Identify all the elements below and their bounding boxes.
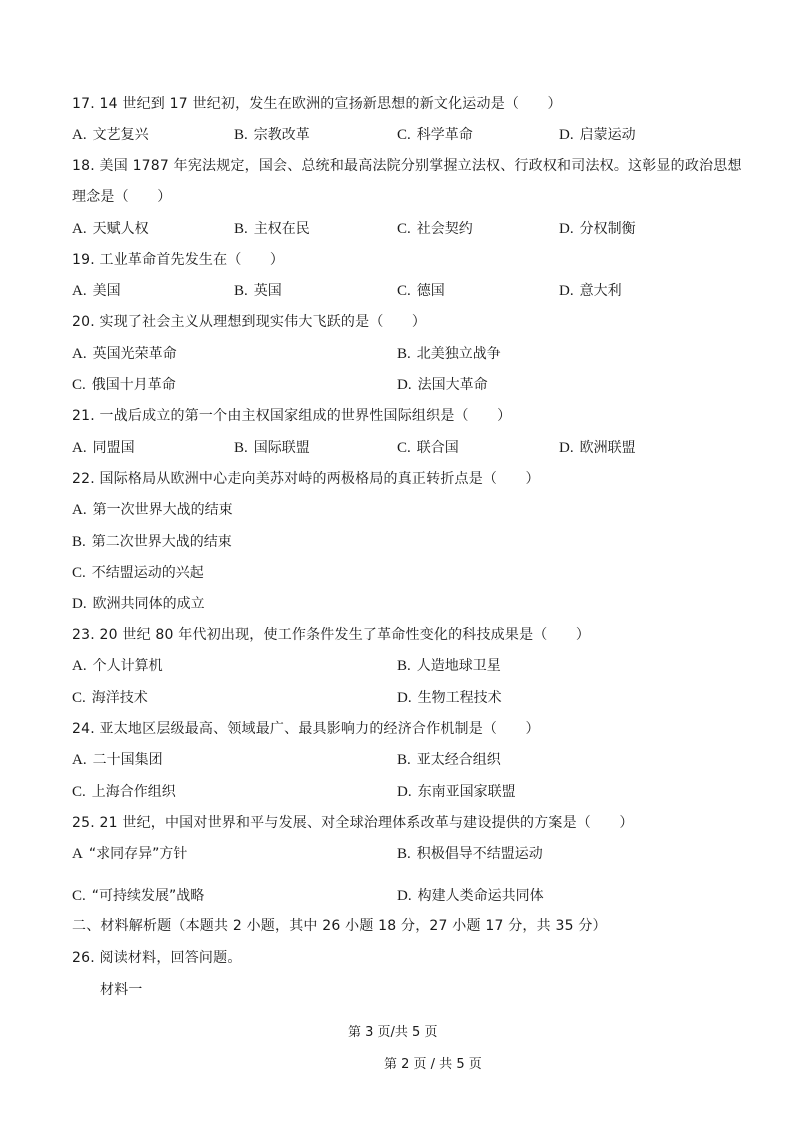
q23-option-b: B.人造地球卫星 — [397, 656, 501, 676]
q20-option-d: D.法国大革命 — [397, 375, 488, 395]
page-number-inner: 第 3 页/共 5 页 — [348, 1024, 437, 1042]
q19-option-d: D.意大利 — [559, 281, 622, 301]
q25-option-b: B.积极倡导不结盟运动 — [397, 844, 543, 864]
question-22-stem: 22. 国际格局从欧洲中心走向美苏对峙的两极格局的真正转折点是（ ） — [72, 469, 540, 489]
section-two-heading: 二、材料解析题（本题共 2 小题，其中 26 小题 18 分，27 小题 17 … — [72, 916, 607, 936]
q23-option-c: C.海洋技术 — [72, 688, 148, 708]
q19-option-a: A.美国 — [72, 281, 121, 301]
q23-option-a: A.个人计算机 — [72, 656, 163, 676]
q17-option-d: D.启蒙运动 — [559, 125, 636, 145]
q19-option-b: B.英国 — [234, 281, 282, 301]
q25-option-d: D.构建人类命运共同体 — [397, 886, 544, 906]
q21-option-a: A.同盟国 — [72, 438, 135, 458]
question-18-stem-continued: 理念是（ ） — [72, 187, 171, 207]
question-24-stem: 24. 亚太地区层级最高、领域最广、最具影响力的经济合作机制是（ ） — [72, 719, 540, 739]
q25-option-c: C.“可持续发展”战略 — [72, 886, 204, 906]
q18-option-c: C.社会契约 — [397, 219, 473, 239]
question-25-stem: 25. 21 世纪，中国对世界和平与发展、对全球治理体系改革与建设提供的方案是（… — [72, 813, 634, 833]
q23-option-d: D.生物工程技术 — [397, 688, 502, 708]
q22-option-a: A.第一次世界大战的结束 — [72, 500, 233, 520]
q18-option-a: A.天赋人权 — [72, 219, 149, 239]
question-23-stem: 23. 20 世纪 80 年代初出现，使工作条件发生了革命性变化的科技成果是（ … — [72, 625, 590, 645]
q24-option-b: B.亚太经合组织 — [397, 750, 501, 770]
q24-option-d: D.东南亚国家联盟 — [397, 782, 516, 802]
q20-option-a: A.英国光荣革命 — [72, 344, 177, 364]
question-19-stem: 19. 工业革命首先发生在（ ） — [72, 250, 284, 270]
q22-option-b: B.第二次世界大战的结束 — [72, 532, 232, 552]
q17-option-a: A.文艺复兴 — [72, 125, 149, 145]
q22-option-d: D.欧洲共同体的成立 — [72, 594, 205, 614]
q25-option-a: A“求同存异”方针 — [72, 844, 187, 864]
q24-option-c: C.上海合作组织 — [72, 782, 176, 802]
question-21-stem: 21. 一战后成立的第一个由主权国家组成的世界性国际组织是（ ） — [72, 406, 511, 426]
question-20-stem: 20. 实现了社会主义从理想到现实伟大飞跃的是（ ） — [72, 312, 426, 332]
q18-option-b: B.主权在民 — [234, 219, 310, 239]
q17-option-c: C.科学革命 — [397, 125, 473, 145]
q19-option-c: C.德国 — [397, 281, 445, 301]
q21-option-d: D.欧洲联盟 — [559, 438, 636, 458]
q17-option-b: B.宗教改革 — [234, 125, 310, 145]
q22-option-c: C.不结盟运动的兴起 — [72, 563, 204, 583]
material-one-label: 材料一 — [100, 980, 143, 1000]
q20-option-b: B.北美独立战争 — [397, 344, 501, 364]
q21-option-c: C.联合国 — [397, 438, 459, 458]
q21-option-b: B.国际联盟 — [234, 438, 310, 458]
q20-option-c: C.俄国十月革命 — [72, 375, 176, 395]
question-17-stem: 17. 14 世纪到 17 世纪初，发生在欧洲的宣扬新思想的新文化运动是（ ） — [72, 94, 562, 114]
q18-option-d: D.分权制衡 — [559, 219, 636, 239]
question-26-stem: 26. 阅读材料，回答问题。 — [72, 948, 242, 968]
q24-option-a: A.二十国集团 — [72, 750, 163, 770]
question-18-stem: 18. 美国 1787 年宪法规定，国会、总统和最高法院分别掌握立法权、行政权和… — [72, 156, 742, 176]
page-number-outer: 第 2 页 / 共 5 页 — [384, 1056, 482, 1074]
